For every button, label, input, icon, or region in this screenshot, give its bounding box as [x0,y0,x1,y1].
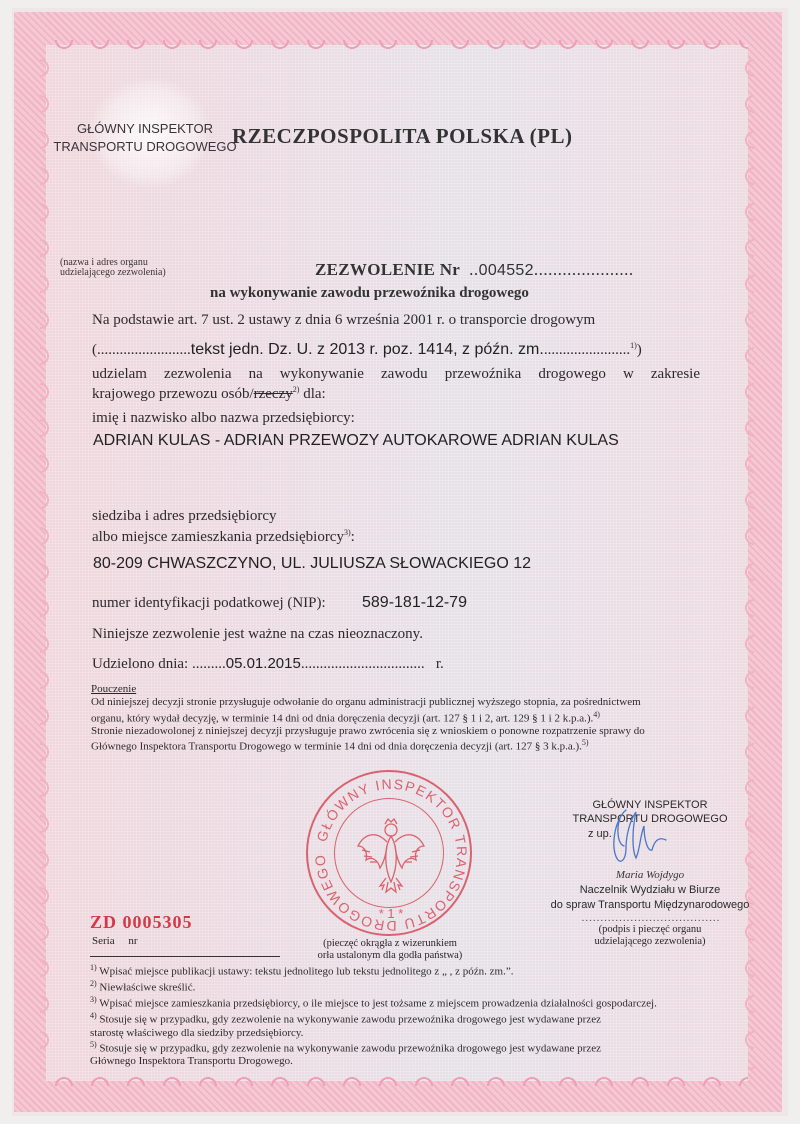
serial-number: ZD 0005305 [90,912,193,933]
nip-label: numer identyfikacji podatkowej (NIP): [92,595,326,612]
footnote-item: 1) Wpisać miejsce publikacji ustawy: tek… [90,962,657,978]
permit-number: 004552 [479,262,534,279]
signature-dot-line: ..................................... [566,912,736,924]
footnote-ref: 4) [593,710,600,719]
dot-leader: ..................... [534,260,634,279]
grant-text-line-1: udzielam zezwolenia na wykonywanie zawod… [92,366,700,383]
instruction-heading: Pouczenie [91,683,136,695]
border-wave-bottom [46,1072,748,1086]
grant-scope: krajowego przewozu osób/ [92,386,254,402]
organ-label: (nazwa i adres organu udzielającego zezw… [60,258,166,278]
issued-date: 05.01.2015 [226,655,301,672]
address-value: 80-209 CHWASZCZYNO, UL. JULIUSZA SŁOWACK… [93,555,531,573]
footnote-ref: 5) [582,738,589,747]
country-heading: RZECZPOSPOLITA POLSKA (PL) [232,124,573,149]
name-label: imię i nazwisko albo nazwa przedsiębiorc… [92,410,355,427]
footnote-item: starostę właściwego dla siedziby przedsi… [90,1027,657,1040]
border-wave-top [46,40,748,54]
signature-caption-line-2: udzielającego zezwolenia) [560,936,740,948]
footnote-divider [90,956,280,957]
footnote-text: Wpisać miejsce publikacji ustawy: tekstu… [97,966,514,978]
footnote-ref: 3) [90,995,97,1004]
signer-title-line-1: Naczelnik Wydziału w Biurze [560,884,740,896]
footnote-text: Niewłaściwe skreślić. [97,982,196,994]
footnote-ref: 5) [90,1040,97,1049]
serial-label-nr: nr [128,935,137,947]
address-label-line-1: siedziba i adres przedsiębiorcy [92,508,277,525]
seal-caption: (pieczęć okrągła z wizerunkiem orła usta… [300,938,480,962]
footnote-text: Wpisać miejsce zamieszkania przedsiębior… [97,998,657,1010]
border-wave-left [40,50,54,1070]
organ-label-line-2: udzielającego zezwolenia) [60,268,166,278]
legal-basis: Na podstawie art. 7 ust. 2 ustawy z dnia… [92,312,595,329]
issued-line: Udzielono dnia: .........05.01.2015.....… [92,655,444,673]
footnote-item: 5) Stosuje się w przypadku, gdy zezwolen… [90,1039,657,1055]
grant-text-line-2: krajowego przewozu osób/rzeczy2) dla: [92,385,326,403]
grant-for: dla: [299,386,325,402]
serial-label-seria: Seria [92,935,115,947]
address-label-line-2: albo miejsce zamieszkania przedsiębiorcy… [92,528,355,546]
footnote-item: 3) Wpisać miejsce zamieszkania przedsięb… [90,994,657,1010]
footnote-item: 2) Niewłaściwe skreślić. [90,978,657,994]
dot-leader: ....................... [544,342,630,358]
dot-leader: ................................. [301,656,436,672]
colon: : [351,529,355,545]
issuer-line-1: GŁÓWNY INSPEKTOR [50,120,240,138]
eagle-emblem-icon: GŁÓWNY INSPEKTOR TRANSPORTU DROGOWEGO * … [308,772,474,938]
handwritten-signature-icon [596,800,676,870]
seal-caption-line-1: (pieczęć okrągła z wizerunkiem [300,938,480,950]
issued-suffix: r. [436,656,444,672]
border-wave-right [740,50,754,1070]
signature-caption-line-1: (podpis i pieczęć organu [560,924,740,936]
footnote-ref: 1) [90,963,97,972]
seal-caption-line-2: orła ustalonym dla godła państwa) [300,950,480,962]
instruction-line: Od niniejszej decyzji stronie przysługuj… [91,696,641,708]
publication-line: (.........................tekst jedn. Dz… [92,341,642,359]
dot-leader: ......... [192,656,226,672]
permit-title: ZEZWOLENIE Nr ..004552..................… [315,260,634,280]
footnote-text: Stosuje się w przypadku, gdy zezwolenie … [97,1014,601,1026]
footnote-item: Głównego Inspektora Transportu Drogowego… [90,1055,657,1068]
footnote-ref: 4) [90,1011,97,1020]
dot-leader: .. [464,260,478,279]
signer-name: Maria Wojdygo [560,869,740,881]
footnote-text: Głównego Inspektora Transportu Drogowego… [90,1055,293,1067]
issued-label: Udzielono dnia: [92,656,188,672]
instruction-line: organu, który wydał decyzję, w terminie … [91,712,593,724]
signature-caption: (podpis i pieczęć organu udzielającego z… [560,924,740,948]
issuer-line-2: TRANSPORTU DROGOWEGO [50,138,240,156]
name-value: ADRIAN KULAS - ADRIAN PRZEWOZY AUTOKAROW… [93,432,619,450]
official-seal: GŁÓWNY INSPEKTOR TRANSPORTU DROGOWEGO * … [306,770,472,936]
footnote-text: starostę właściwego dla siedziby przedsi… [90,1027,303,1039]
footnote-text: Stosuje się w przypadku, gdy zezwolenie … [97,1043,601,1055]
footnotes: 1) Wpisać miejsce publikacji ustawy: tek… [90,962,657,1068]
struck-option: rzeczy [254,386,293,402]
serial-label: Seria nr [92,935,138,947]
footnote-item: 4) Stosuje się w przypadku, gdy zezwolen… [90,1010,657,1026]
issuer-header: GŁÓWNY INSPEKTOR TRANSPORTU DROGOWEGO [50,120,240,156]
closing-paren: ) [637,342,642,358]
dot-leader: (......................... [92,342,191,358]
permit-title-text: ZEZWOLENIE Nr [315,260,460,279]
footnote-ref: 2) [90,979,97,988]
footnote-ref: 3) [344,528,351,537]
address-label-text: albo miejsce zamieszkania przedsiębiorcy [92,529,344,545]
validity-statement: Niniejsze zezwolenie jest ważne na czas … [92,626,423,643]
instruction-line: Stronie niezadowolonej z niniejszej decy… [91,725,645,737]
publication-value: tekst jedn. Dz. U. z 2013 r. poz. 1414, … [191,341,544,358]
instruction-line: Głównego Inspektora Transportu Drogowego… [91,741,582,753]
signer-title-line-2: do spraw Transportu Międzynarodowego [548,899,752,911]
permit-subtitle: na wykonywanie zawodu przewoźnika drogow… [210,285,529,302]
svg-text:* 1 *: * 1 * [379,906,404,921]
nip-value: 589-181-12-79 [362,594,467,612]
footnote-ref: 1) [630,341,637,350]
instruction-text: Od niniejszej decyzji stronie przysługuj… [91,696,645,753]
